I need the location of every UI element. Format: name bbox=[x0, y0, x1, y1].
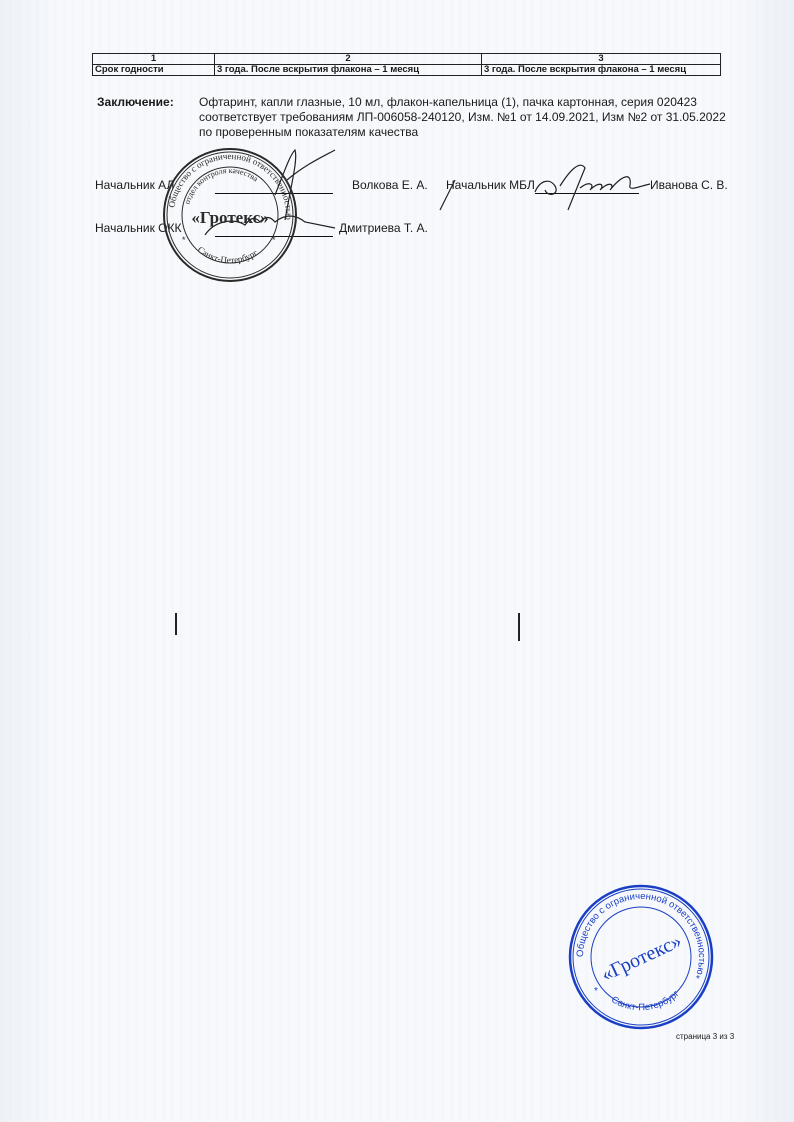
table-header-cell: 3 bbox=[482, 54, 721, 65]
company-stamp: Общество с ограниченной ответственностью… bbox=[566, 882, 716, 1032]
scan-mark bbox=[175, 613, 177, 635]
table-cell-requirement: 3 года. После вскрытия флакона – 1 месяц bbox=[215, 65, 482, 76]
document-page: 1 2 3 Срок годности 3 года. После вскрыт… bbox=[0, 0, 794, 1122]
results-table: 1 2 3 Срок годности 3 года. После вскрыт… bbox=[92, 53, 721, 76]
stamp-center-text: «Гротекс» bbox=[598, 930, 685, 986]
table-header-row: 1 2 3 bbox=[93, 54, 721, 65]
table-cell-parameter: Срок годности bbox=[93, 65, 215, 76]
page-number: страница 3 из 3 bbox=[676, 1032, 734, 1041]
signature-name-okk: Дмитриева Т. А. bbox=[339, 221, 428, 235]
stamp-star-icon: * bbox=[272, 235, 276, 245]
stamp-star-icon: * bbox=[594, 986, 598, 997]
handwritten-signature-al bbox=[410, 150, 670, 220]
stamp-bottom-text: Санкт-Петербург bbox=[196, 244, 260, 265]
quality-control-stamp: Общество с ограниченной ответственностью… bbox=[160, 145, 300, 285]
stamp-star-icon: * bbox=[696, 974, 700, 985]
scan-mark bbox=[518, 613, 520, 641]
stamp-bottom-text: Санкт-Петербург bbox=[609, 988, 682, 1013]
conclusion-text: Офтаринт, капли глазные, 10 мл, флакон-к… bbox=[199, 95, 729, 140]
table-row: Срок годности 3 года. После вскрытия фла… bbox=[93, 65, 721, 76]
stamp-star-icon: * bbox=[182, 235, 186, 245]
conclusion-label: Заключение: bbox=[97, 95, 174, 109]
table-cell-result: 3 года. После вскрытия флакона – 1 месяц bbox=[482, 65, 721, 76]
stamp-center-text: «Гротекс» bbox=[191, 208, 268, 227]
table-header-cell: 2 bbox=[215, 54, 482, 65]
table-header-cell: 1 bbox=[93, 54, 215, 65]
